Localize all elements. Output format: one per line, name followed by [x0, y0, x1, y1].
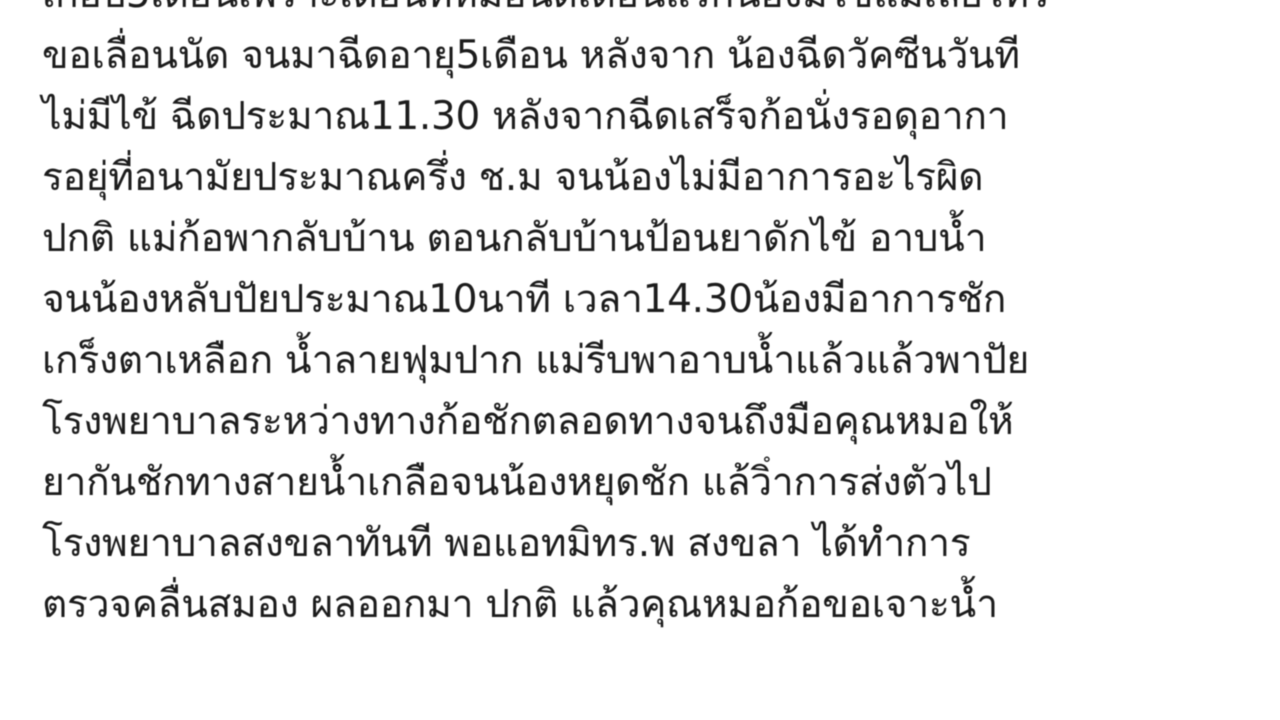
text-line-9: ยากันชักทางสายน้ำเกลือจนน้องหยุดชัก แล้ว… — [42, 452, 1272, 513]
text-line-1: เกือบ5เดือนเพราะเดือนที่หมอนัดเดือนแรกน้… — [42, 0, 1272, 25]
text-line-5: ปกติ แม่ก้อพากลับบ้าน ตอนกลับบ้านป้อนยาด… — [42, 208, 1272, 269]
text-line-6: จนน้องหลับปัยประมาณ10นาที เวลา14.30น้องม… — [42, 269, 1272, 330]
text-line-11: ตรวจคลื่นสมอง ผลออกมา ปกติ แล้วคุณหมอก้อ… — [42, 574, 1272, 635]
text-line-10: โรงพยาบาลสงขลาทันที พอแอทมิทร.พ สงขลา ได… — [42, 513, 1272, 574]
text-line-3: ไม่มีไข้ ฉีดประมาณ11.30 หลังจากฉีดเสร็จก… — [42, 86, 1272, 147]
text-line-8: โรงพยาบาลระหว่างทางก้อชักตลอดทางจนถึงมือ… — [42, 391, 1272, 452]
text-line-2: ขอเลื่อนนัด จนมาฉีดอายุ5เดือน หลังจาก น้… — [42, 25, 1272, 86]
text-line-7: เกร็งตาเหลือก น้ำลายฟุมปาก แม่รีบพาอาบน้… — [42, 330, 1272, 391]
text-line-4: รอยุ่ที่อนามัยประมาณครึ่ง ช.ม จนน้องไม่ม… — [42, 147, 1272, 208]
document-page: เกือบ5เดือนเพราะเดือนที่หมอนัดเดือนแรกน้… — [0, 0, 1280, 720]
post-text-body: เกือบ5เดือนเพราะเดือนที่หมอนัดเดือนแรกน้… — [42, 0, 1272, 635]
